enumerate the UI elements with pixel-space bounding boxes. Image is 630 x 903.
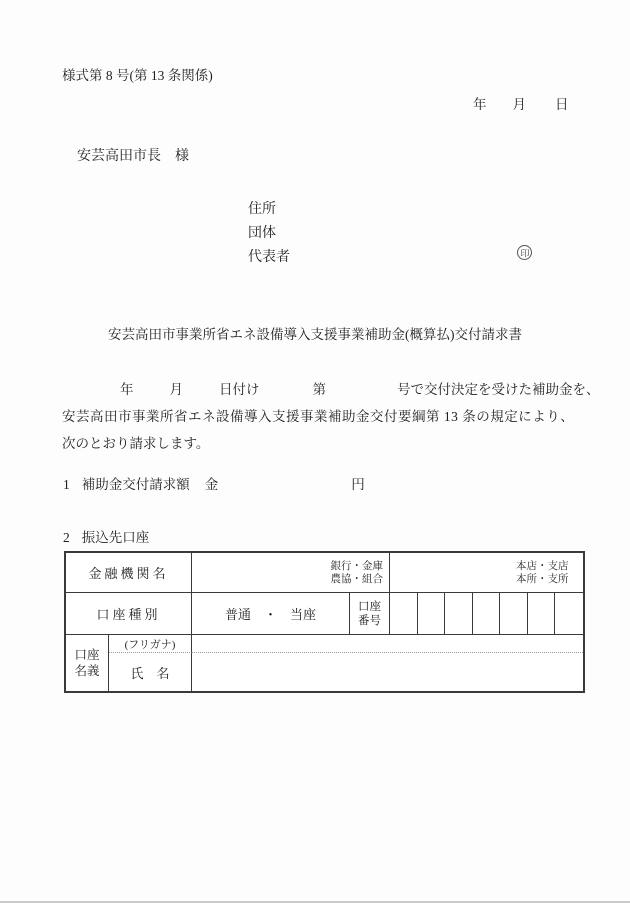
account-holder-label: 口座 名義 — [66, 635, 109, 691]
date-line: 年月日 — [473, 93, 569, 113]
amount-prefix: 金 — [205, 477, 219, 492]
item-1-number: 1 — [63, 477, 70, 492]
representative-label: 代表者 — [248, 246, 290, 270]
account-holder-label-line1: 口座 — [74, 647, 99, 663]
item-1-label: 補助金交付請求額 — [82, 477, 190, 492]
form-number: 様式第 8 号(第 13 条関係) — [62, 64, 213, 84]
organization-label: 団体 — [248, 222, 290, 246]
item-2-transfer-account: 2振込先口座 — [63, 526, 149, 546]
month-label: 月 — [513, 97, 527, 112]
branch-type-cell: 本店・支店 本所・支所 — [390, 553, 583, 593]
account-number-digit-box — [390, 593, 418, 635]
account-number-digit-box — [418, 593, 446, 635]
body-line-2: 安芸高田市事業所省エネ設備導入支援事業補助金交付要綱第 13 条の規定により、 — [62, 403, 584, 430]
account-number-digit-box — [445, 593, 473, 635]
account-number-digit-box — [528, 593, 556, 635]
account-number-digit-box — [500, 593, 528, 635]
blank-day-suffix: 日付け — [219, 382, 260, 397]
applicant-block: 住所 団体 代表者 — [248, 198, 290, 270]
item-1-request-amount: 1補助金交付請求額金円 — [63, 473, 365, 493]
document-page: 様式第 8 号(第 13 条関係) 年月日 安芸高田市長 様 住所 団体 代表者… — [0, 0, 630, 903]
day-label: 日 — [555, 97, 569, 112]
financial-institution-label: 金融機関名 — [66, 553, 192, 593]
body-paragraph: 年月日付け第号で交付決定を受けた補助金を、 安芸高田市事業所省エネ設備導入支援事… — [62, 376, 584, 457]
account-number-digit-box — [473, 593, 501, 635]
account-type-label: 口座種別 — [66, 593, 192, 635]
seal-icon: 印 — [517, 245, 532, 260]
furigana-value-field — [192, 635, 583, 653]
account-holder-label-line2: 名義 — [74, 663, 99, 679]
institution-type-line1: 銀行・金庫 — [331, 560, 384, 573]
seal-mark: 印 — [520, 246, 529, 260]
bank-account-table: 金融機関名 銀行・金庫 農協・組合 本店・支店 本所・支所 口座種別 普通 ・ … — [64, 551, 585, 693]
branch-type-line1: 本店・支店 — [516, 560, 569, 573]
body-line-1: 年月日付け第号で交付決定を受けた補助金を、 — [62, 376, 584, 403]
account-number-label-line1: 口座 — [358, 600, 381, 614]
name-value-field — [192, 653, 583, 691]
account-type-options: 普通 ・ 当座 — [192, 593, 350, 635]
body-line-1-text: 号で交付決定を受けた補助金を、 — [397, 382, 600, 397]
account-number-label-line2: 番号 — [358, 614, 381, 628]
document-title: 安芸高田市事業所省エネ設備導入支援事業補助金(概算払)交付請求書 — [0, 323, 630, 343]
furigana-label: (フリガナ) — [109, 635, 192, 653]
blank-month: 月 — [170, 382, 184, 397]
body-line-3: 次のとおり請求します。 — [62, 430, 584, 457]
addressee: 安芸高田市長 様 — [77, 145, 189, 165]
year-label: 年 — [473, 97, 487, 112]
institution-type-cell: 銀行・金庫 農協・組合 — [192, 553, 390, 593]
address-label: 住所 — [248, 198, 290, 222]
name-label: 氏 名 — [109, 653, 192, 691]
institution-type-line2: 農協・組合 — [331, 573, 384, 586]
branch-type-line2: 本所・支所 — [516, 573, 569, 586]
amount-suffix: 円 — [351, 477, 365, 492]
account-number-digit-box — [555, 593, 583, 635]
item-2-label: 振込先口座 — [82, 530, 150, 545]
account-number-label: 口座 番号 — [350, 593, 390, 635]
blank-number-prefix: 第 — [313, 382, 327, 397]
item-2-number: 2 — [63, 530, 70, 545]
blank-year: 年 — [120, 382, 134, 397]
